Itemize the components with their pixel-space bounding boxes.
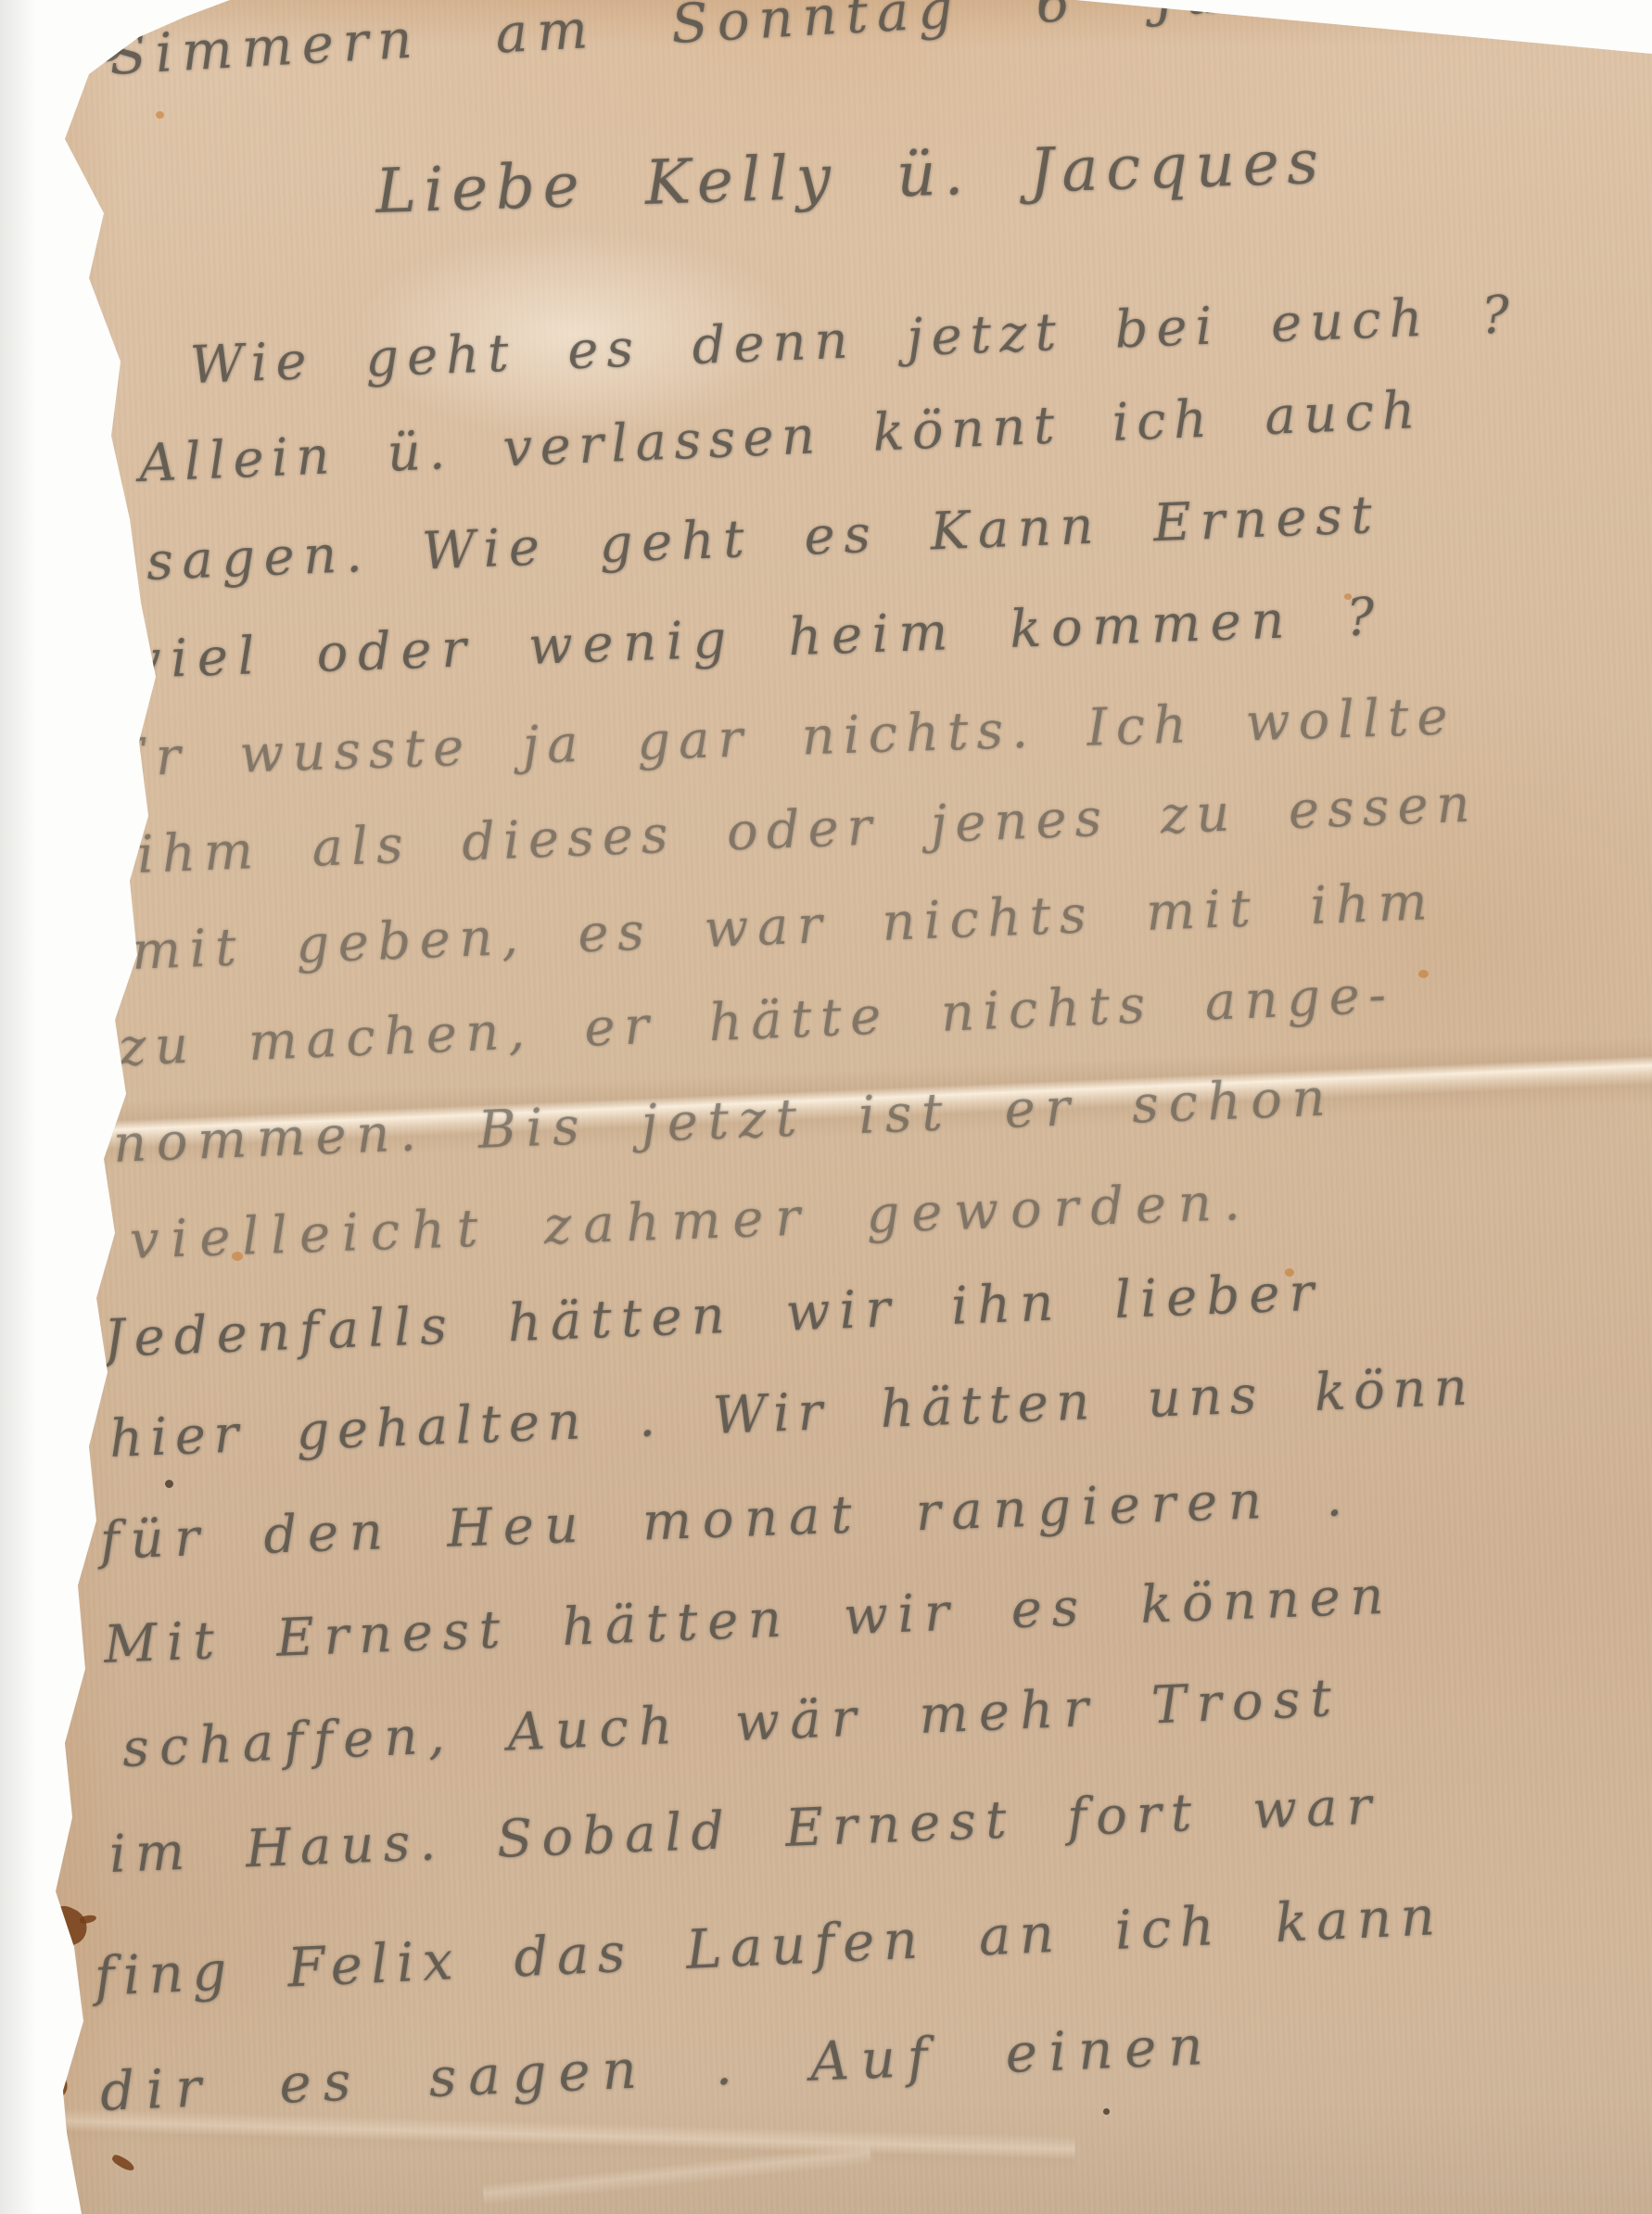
scanned-letter: ſ Simmern am Sonntag 6 Juni Liebe Kelly …: [0, 0, 1652, 2214]
handwritten-line: mit geben, es war nichts mit ihm: [131, 872, 1437, 982]
handwritten-line: nommen. Bis jetzt ist er schon: [112, 1067, 1337, 1175]
handwritten-line: im Haus. Sobald Ernest fort war: [108, 1775, 1382, 1885]
handwritten-line: für den Heu monat rangieren .: [99, 1468, 1354, 1571]
handwritten-line: ihm als dieses oder jenes zu essen: [136, 773, 1480, 885]
stain-speck: [1103, 2108, 1110, 2115]
handwritten-line: vielleicht zahmer geworden.: [129, 1172, 1253, 1271]
stain-speck: [156, 111, 164, 119]
handwritten-line: schaffen, Auch wär mehr Trost: [121, 1668, 1343, 1779]
stain-speck: [1418, 970, 1429, 978]
handwritten-line: sagen. Wie geht es Kann Ernest: [146, 485, 1382, 592]
handwritten-line: Allein ü. verlassen könnt ich auch: [138, 380, 1424, 494]
handwritten-line: viel oder wenig heim kommen ?: [131, 587, 1385, 691]
handwritten-line: Wie geht es denn jetzt bei euch ?: [189, 285, 1519, 396]
stain-speck: [31, 2062, 74, 2105]
letter-paper: ſ Simmern am Sonntag 6 Juni Liebe Kelly …: [0, 0, 1652, 2214]
stain-speck: [43, 1902, 94, 1952]
handwritten-line: hier gehalten . Wir hätten uns könn: [108, 1356, 1477, 1470]
stain-speck: [110, 2153, 136, 2173]
dateline: Simmern am Sonntag 6 Juni: [108, 0, 1300, 87]
handwritten-line: zu machen, er hätte nichts ange-: [118, 964, 1396, 1078]
stain-speck: [165, 1480, 173, 1488]
handwritten-line: fing Felix das Laufen an ich kann: [93, 1884, 1444, 2008]
handwritten-line: Mit Ernest hätten wir es können: [103, 1566, 1394, 1675]
handwritten-line: Jedenfalls hätten wir ihn lieber: [103, 1263, 1325, 1369]
handwritten-line: dir es sagen . Auf einen: [99, 2014, 1216, 2123]
stain-speck: [79, 1914, 96, 1925]
salutation: Liebe Kelly ü. Jacques: [375, 126, 1328, 227]
handwritten-line: Er wusste ja gar nichts. Ich wollte: [108, 686, 1456, 789]
crumple-mark: [481, 2131, 873, 2214]
